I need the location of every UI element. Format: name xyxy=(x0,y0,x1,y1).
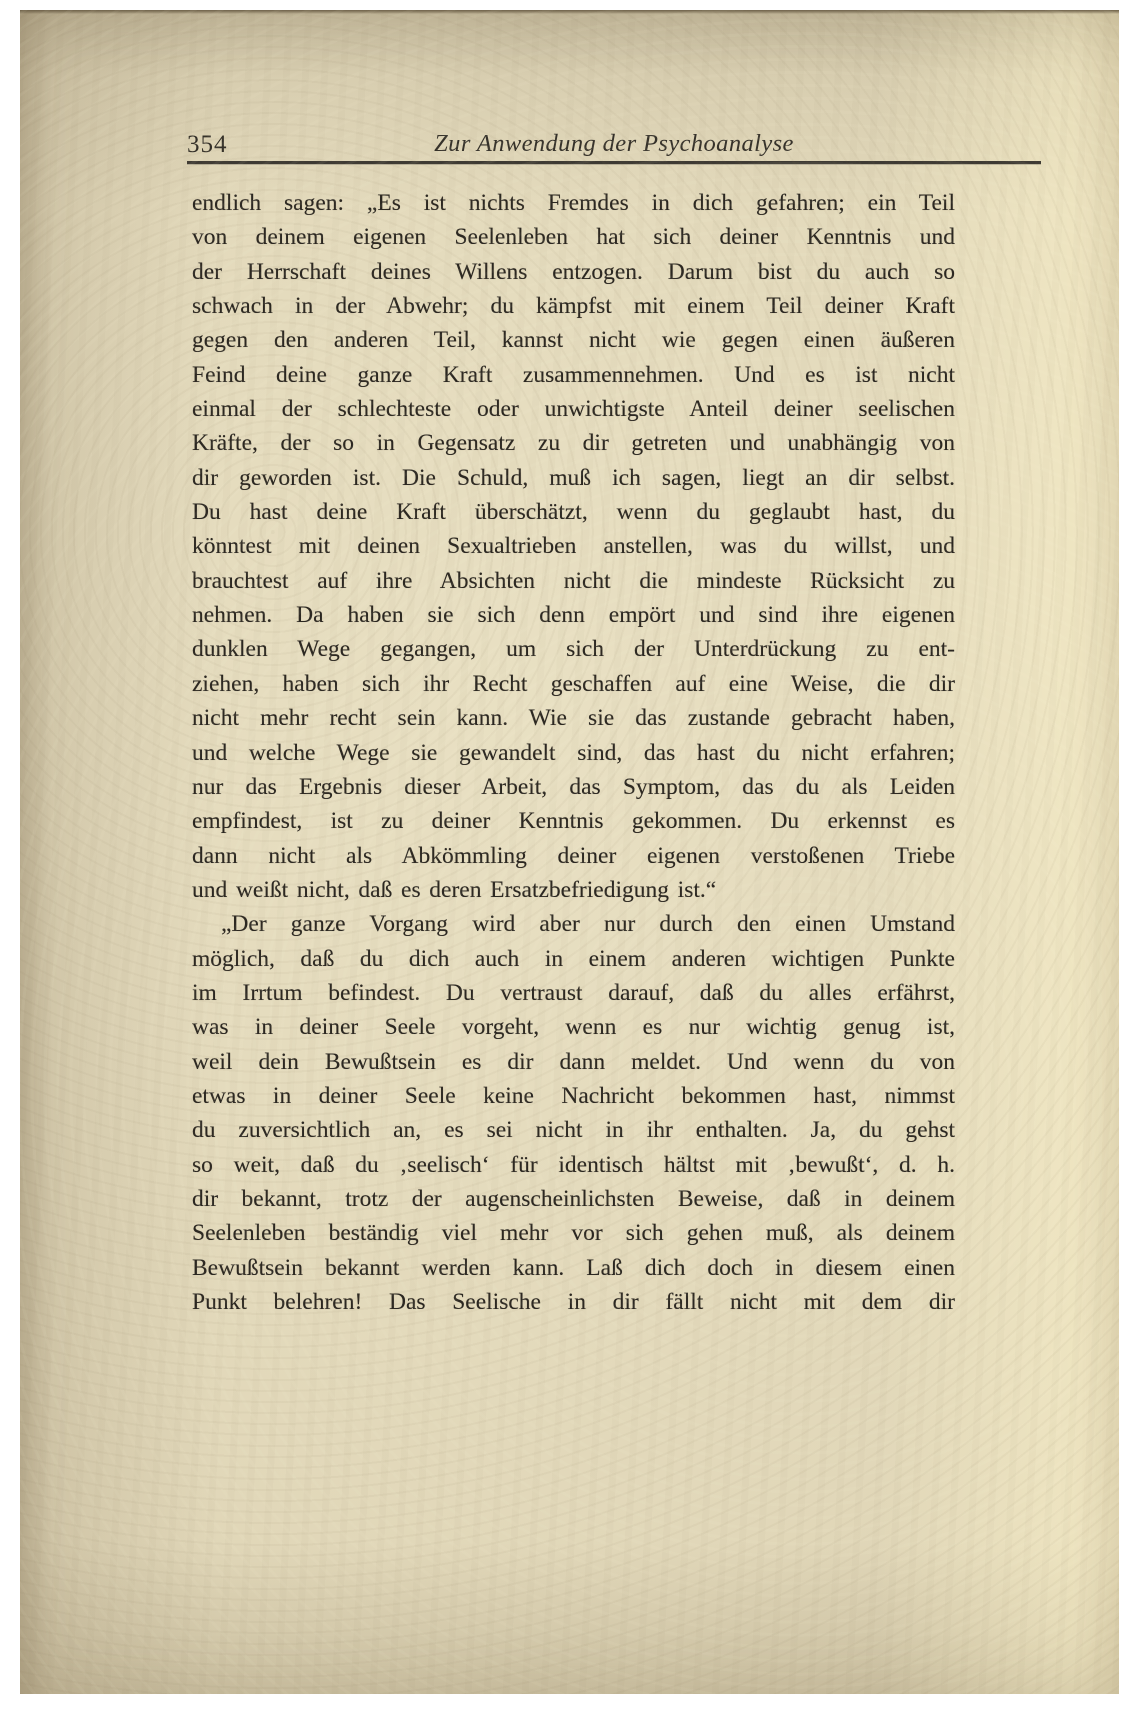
text-line: Bewußtsein bekannt werden kann. Laß dich… xyxy=(192,1251,955,1285)
text-line: dir bekannt, trotz der augenscheinlichst… xyxy=(192,1182,955,1216)
paragraph-1: endlich sagen: „Es ist nichts Fremdes in… xyxy=(192,186,955,907)
text-line: brauchtest auf ihre Absichten nicht die … xyxy=(192,564,955,598)
text-line: dann nicht als Abkömmling deiner eigenen… xyxy=(192,839,955,873)
text-line: Punkt belehren! Das Seelische in dir fäl… xyxy=(192,1285,955,1319)
text-line: Kräfte, der so in Gegensatz zu dir getre… xyxy=(192,426,955,460)
text-line: endlich sagen: „Es ist nichts Fremdes in… xyxy=(192,186,955,220)
text-line: schwach in der Abwehr; du kämpfst mit ei… xyxy=(192,289,955,323)
header-rule xyxy=(187,161,1041,164)
text-line: so weit, daß du ‚seelisch‘ für identisch… xyxy=(192,1148,955,1182)
text-line: von deinem eigenen Seelenleben hat sich … xyxy=(192,220,955,254)
text-line: und weißt nicht, daß es deren Ersatzbefr… xyxy=(192,873,955,907)
text-line: und welche Wege sie gewandelt sind, das … xyxy=(192,736,955,770)
paragraph-2: „Der ganze Vorgang wird aber nur durch d… xyxy=(192,907,955,1319)
text-line: nur das Ergebnis dieser Arbeit, das Symp… xyxy=(192,770,955,804)
text-line: „Der ganze Vorgang wird aber nur durch d… xyxy=(192,907,955,941)
text-line: könntest mit deinen Sexualtrieben anstel… xyxy=(192,529,955,563)
text-line: empfindest, ist zu deiner Kenntnis gekom… xyxy=(192,804,955,838)
text-line: im Irrtum befindest. Du vertraust darauf… xyxy=(192,976,955,1010)
text-line: dunklen Wege gegangen, um sich der Unter… xyxy=(192,632,955,666)
text-line: dir geworden ist. Die Schuld, muß ich sa… xyxy=(192,461,955,495)
text-line: nehmen. Da haben sie sich denn empört un… xyxy=(192,598,955,632)
text-line: einmal der schlechteste oder unwichtigst… xyxy=(192,392,955,426)
text-line: ziehen, haben sich ihr Recht geschaffen … xyxy=(192,667,955,701)
scanned-book-page: 354 Zur Anwendung der Psychoanalyse endl… xyxy=(0,0,1132,1711)
text-block: endlich sagen: „Es ist nichts Fremdes in… xyxy=(192,186,955,1319)
text-line: du zuversichtlich an, es sei nicht in ih… xyxy=(192,1113,955,1147)
text-line: möglich, daß du dich auch in einem ander… xyxy=(192,942,955,976)
text-line: gegen den anderen Teil, kannst nicht wie… xyxy=(192,323,955,357)
text-line: Seelenleben beständig viel mehr vor sich… xyxy=(192,1216,955,1250)
text-line: Du hast deine Kraft überschätzt, wenn du… xyxy=(192,495,955,529)
text-line: Feind deine ganze Kraft zusammennehmen. … xyxy=(192,358,955,392)
paper-sheet: 354 Zur Anwendung der Psychoanalyse endl… xyxy=(20,10,1119,1694)
text-line: weil dein Bewußtsein es dir dann meldet.… xyxy=(192,1045,955,1079)
text-line: was in deiner Seele vorgeht, wenn es nur… xyxy=(192,1010,955,1044)
text-line: etwas in deiner Seele keine Nachricht be… xyxy=(192,1079,955,1113)
running-title: Zur Anwendung der Psychoanalyse xyxy=(187,130,1041,158)
text-line: der Herrschaft deines Willens entzogen. … xyxy=(192,255,955,289)
text-line: nicht mehr recht sein kann. Wie sie das … xyxy=(192,701,955,735)
